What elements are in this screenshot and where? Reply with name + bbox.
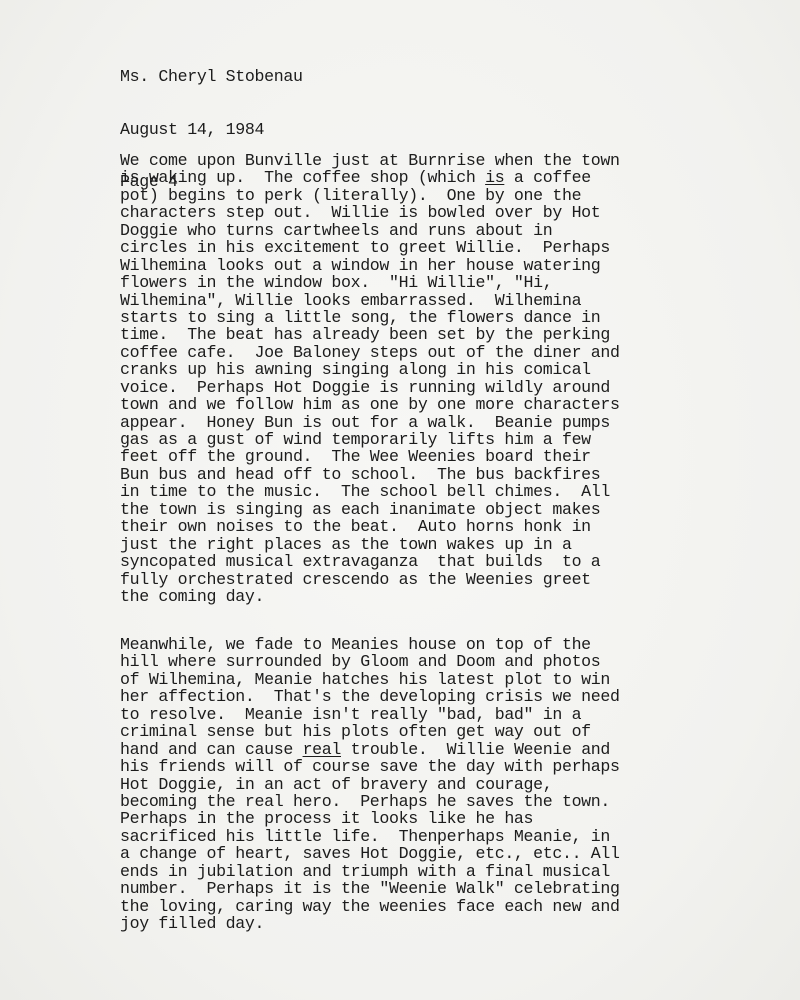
recipient-name: Ms. Cheryl Stobenau bbox=[120, 68, 303, 86]
text-line: Meanwhile, we fade to Meanies house on t… bbox=[120, 636, 620, 653]
text-segment: a coffee bbox=[504, 168, 590, 187]
text-line: criminal sense but his plots often get w… bbox=[120, 723, 620, 740]
text-line: Doggie who turns cartwheels and runs abo… bbox=[120, 222, 620, 239]
text-line: to resolve. Meanie isn't really "bad, ba… bbox=[120, 706, 620, 723]
text-line: characters step out. Willie is bowled ov… bbox=[120, 204, 620, 221]
text-line: of Wilhemina, Meanie hatches his latest … bbox=[120, 671, 620, 688]
text-segment: her affection. That's the developing cri… bbox=[120, 687, 620, 706]
text-line: cranks up his awning singing along in hi… bbox=[120, 361, 620, 378]
text-line: Perhaps in the process it looks like he … bbox=[120, 810, 620, 827]
text-line: the town is singing as each inanimate ob… bbox=[120, 501, 620, 518]
text-segment: pot) begins to perk (literally). One by … bbox=[120, 186, 581, 205]
text-segment: Bun bus and head off to school. The bus … bbox=[120, 465, 600, 484]
text-segment: town and we follow him as one by one mor… bbox=[120, 395, 620, 414]
text-line: the coming day. bbox=[120, 588, 620, 605]
text-segment: the loving, caring way the weenies face … bbox=[120, 897, 620, 916]
text-segment: ends in jubilation and triumph with a fi… bbox=[120, 862, 610, 881]
text-line: her affection. That's the developing cri… bbox=[120, 688, 620, 705]
text-segment: We come upon Bunville just at Burnrise w… bbox=[120, 151, 620, 170]
text-line: their own noises to the beat. Auto horns… bbox=[120, 518, 620, 535]
text-line: hand and can cause real trouble. Willie … bbox=[120, 741, 620, 758]
text-line: in time to the music. The school bell ch… bbox=[120, 483, 620, 500]
text-segment: just the right places as the town wakes … bbox=[120, 535, 572, 554]
text-line: fully orchestrated crescendo as the Ween… bbox=[120, 571, 620, 588]
text-segment: trouble. Willie Weenie and bbox=[341, 740, 610, 759]
text-segment: hand and can cause bbox=[120, 740, 303, 759]
text-segment: flowers in the window box. "Hi Willie", … bbox=[120, 273, 552, 292]
text-segment: in time to the music. The school bell ch… bbox=[120, 482, 610, 501]
text-segment: sacrificed his little life. Thenperhaps … bbox=[120, 827, 610, 846]
text-segment: coffee cafe. Joe Baloney steps out of th… bbox=[120, 343, 620, 362]
text-line: appear. Honey Bun is out for a walk. Bea… bbox=[120, 414, 620, 431]
text-segment: is waking up. The coffee shop (which bbox=[120, 168, 485, 187]
text-line: circles in his excitement to greet Willi… bbox=[120, 239, 620, 256]
letter-date: August 14, 1984 bbox=[120, 121, 303, 139]
text-line: just the right places as the town wakes … bbox=[120, 536, 620, 553]
text-segment: circles in his excitement to greet Willi… bbox=[120, 238, 610, 257]
text-segment: to resolve. Meanie isn't really "bad, ba… bbox=[120, 705, 581, 724]
text-line: is waking up. The coffee shop (which is … bbox=[120, 169, 620, 186]
text-segment: of Wilhemina, Meanie hatches his latest … bbox=[120, 670, 610, 689]
text-line: Hot Doggie, in an act of bravery and cou… bbox=[120, 776, 620, 793]
text-segment: appear. Honey Bun is out for a walk. Bea… bbox=[120, 413, 610, 432]
text-line: starts to sing a little song, the flower… bbox=[120, 309, 620, 326]
text-segment: criminal sense but his plots often get w… bbox=[120, 722, 591, 741]
text-segment: Wilhemina", Willie looks embarrassed. Wi… bbox=[120, 291, 581, 310]
text-line: a change of heart, saves Hot Doggie, etc… bbox=[120, 845, 620, 862]
typewritten-letter-page: Ms. Cheryl Stobenau August 14, 1984 Page… bbox=[0, 0, 800, 1000]
text-segment: Doggie who turns cartwheels and runs abo… bbox=[120, 221, 552, 240]
text-segment: Meanwhile, we fade to Meanies house on t… bbox=[120, 635, 591, 654]
text-line: flowers in the window box. "Hi Willie", … bbox=[120, 274, 620, 291]
text-line: syncopated musical extravaganza that bui… bbox=[120, 553, 620, 570]
text-segment: feet off the ground. The Wee Weenies boa… bbox=[120, 447, 591, 466]
text-segment: becoming the real hero. Perhaps he saves… bbox=[120, 792, 610, 811]
text-segment: fully orchestrated crescendo as the Ween… bbox=[120, 570, 591, 589]
text-line: the loving, caring way the weenies face … bbox=[120, 898, 620, 915]
text-line: ends in jubilation and triumph with a fi… bbox=[120, 863, 620, 880]
text-line: hill where surrounded by Gloom and Doom … bbox=[120, 653, 620, 670]
text-segment: joy filled day. bbox=[120, 914, 264, 933]
text-segment: cranks up his awning singing along in hi… bbox=[120, 360, 591, 379]
text-line: his friends will of course save the day … bbox=[120, 758, 620, 775]
text-line: town and we follow him as one by one mor… bbox=[120, 396, 620, 413]
text-segment: a change of heart, saves Hot Doggie, etc… bbox=[120, 844, 620, 863]
text-line: Wilhemina", Willie looks embarrassed. Wi… bbox=[120, 292, 620, 309]
text-segment: syncopated musical extravaganza that bui… bbox=[120, 552, 600, 571]
text-line: number. Perhaps it is the "Weenie Walk" … bbox=[120, 880, 620, 897]
text-line: Bun bus and head off to school. The bus … bbox=[120, 466, 620, 483]
text-segment: Wilhemina looks out a window in her hous… bbox=[120, 256, 600, 275]
text-segment: starts to sing a little song, the flower… bbox=[120, 308, 600, 327]
text-segment: the town is singing as each inanimate ob… bbox=[120, 500, 600, 519]
text-line: pot) begins to perk (literally). One by … bbox=[120, 187, 620, 204]
text-line: feet off the ground. The Wee Weenies boa… bbox=[120, 448, 620, 465]
text-segment: voice. Perhaps Hot Doggie is running wil… bbox=[120, 378, 610, 397]
text-segment: Hot Doggie, in an act of bravery and cou… bbox=[120, 775, 552, 794]
text-segment: his friends will of course save the day … bbox=[120, 757, 620, 776]
text-segment: their own noises to the beat. Auto horns… bbox=[120, 517, 591, 536]
text-line: time. The beat has already been set by t… bbox=[120, 326, 620, 343]
text-segment: hill where surrounded by Gloom and Doom … bbox=[120, 652, 600, 671]
text-segment: the coming day. bbox=[120, 587, 264, 606]
underlined-word: real bbox=[303, 740, 341, 759]
underlined-word: is bbox=[485, 168, 504, 187]
text-line: sacrificed his little life. Thenperhaps … bbox=[120, 828, 620, 845]
paragraph-meanie-plot: Meanwhile, we fade to Meanies house on t… bbox=[120, 636, 620, 932]
text-segment: characters step out. Willie is bowled ov… bbox=[120, 203, 600, 222]
text-segment: gas as a gust of wind temporarily lifts … bbox=[120, 430, 591, 449]
text-line: coffee cafe. Joe Baloney steps out of th… bbox=[120, 344, 620, 361]
text-segment: time. The beat has already been set by t… bbox=[120, 325, 610, 344]
text-line: Wilhemina looks out a window in her hous… bbox=[120, 257, 620, 274]
text-line: gas as a gust of wind temporarily lifts … bbox=[120, 431, 620, 448]
text-line: voice. Perhaps Hot Doggie is running wil… bbox=[120, 379, 620, 396]
text-line: joy filled day. bbox=[120, 915, 620, 932]
text-line: becoming the real hero. Perhaps he saves… bbox=[120, 793, 620, 810]
text-line: We come upon Bunville just at Burnrise w… bbox=[120, 152, 620, 169]
paragraph-bunville-morning: We come upon Bunville just at Burnrise w… bbox=[120, 152, 620, 605]
text-segment: number. Perhaps it is the "Weenie Walk" … bbox=[120, 879, 620, 898]
text-segment: Perhaps in the process it looks like he … bbox=[120, 809, 533, 828]
